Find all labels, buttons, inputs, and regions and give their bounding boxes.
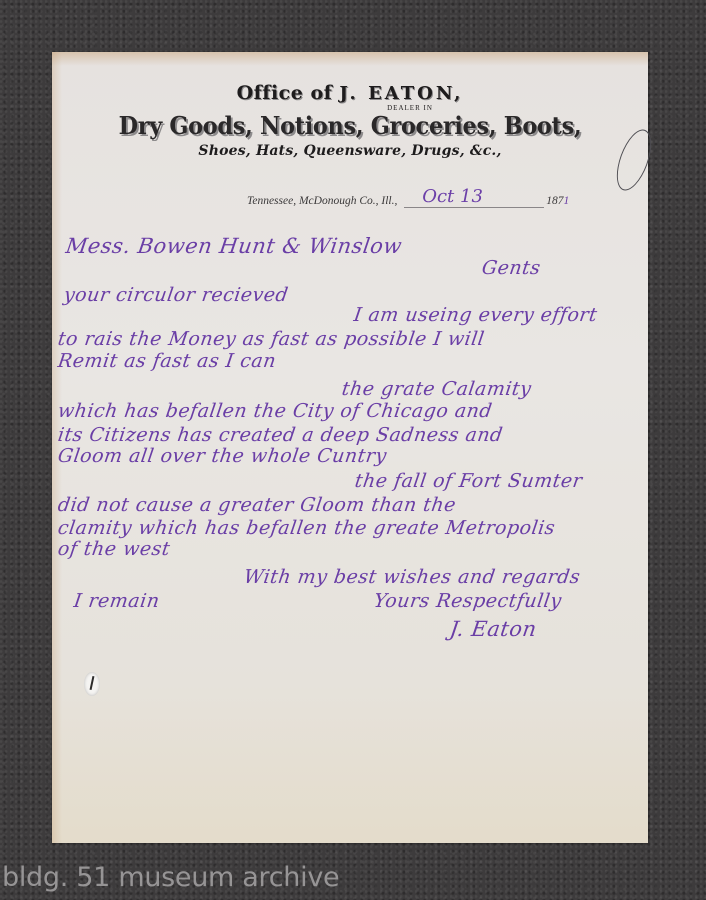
year-printed: 187 [546, 195, 563, 207]
paper-hole [84, 672, 100, 696]
year-handwritten: 1 [563, 195, 569, 207]
letter-line-5: the grate Calamity [340, 378, 532, 400]
addressee-line: Mess. Bowen Hunt & Winslow [64, 234, 403, 258]
letter-paper: Office of J. EATON, DEALER IN Dry Goods,… [52, 52, 648, 843]
letter-line-8: Gloom all over the whole Cuntry [56, 445, 388, 467]
greeting: Gents [480, 257, 542, 279]
office-name: J. EATON, [339, 83, 463, 104]
letter-line-12: of the west [56, 538, 171, 560]
i-remain: I remain [72, 590, 161, 612]
place-text: Tennessee, McDonough Co., Ill., [247, 195, 397, 207]
letterhead-main-goods: Dry Goods, Notions, Groceries, Boots, [73, 111, 627, 140]
closing: Yours Respectfully [372, 590, 563, 612]
letter-line-6: which has befallen the City of Chicago a… [56, 400, 493, 422]
letter-line-10: did not cause a greater Gloom than the [56, 494, 457, 516]
letter-line-1: your circulor recieved [62, 284, 289, 306]
date-field: Oct 13 [404, 195, 544, 208]
office-prefix: Office of [237, 82, 340, 104]
letter-line-2: I am useing every effort [352, 304, 598, 326]
signature: J. Eaton [448, 617, 538, 641]
letter-line-11: clamity which has befallen the greate Me… [56, 517, 556, 539]
letter-line-3: to rais the Money as fast as possible I … [56, 328, 486, 350]
handwritten-date: Oct 13 [422, 186, 483, 207]
archive-watermark: bldg. 51 museum archive [2, 862, 339, 893]
place-date-line: Tennessee, McDonough Co., Ill., Oct 13 1… [247, 195, 569, 208]
letterhead-office: Office of J. EATON, [52, 82, 648, 104]
letterhead: Office of J. EATON, DEALER IN Dry Goods,… [52, 82, 648, 159]
letter-line-4: Remit as fast as I can [56, 350, 277, 372]
letter-line-13: With my best wishes and regards [242, 566, 581, 588]
letter-line-9: the fall of Fort Sumter [353, 470, 583, 492]
letter-line-7: its Citizens has created a deep Sadness … [56, 424, 504, 446]
letterhead-sub-goods: Shoes, Hats, Queensware, Drugs, &c., [52, 143, 648, 159]
